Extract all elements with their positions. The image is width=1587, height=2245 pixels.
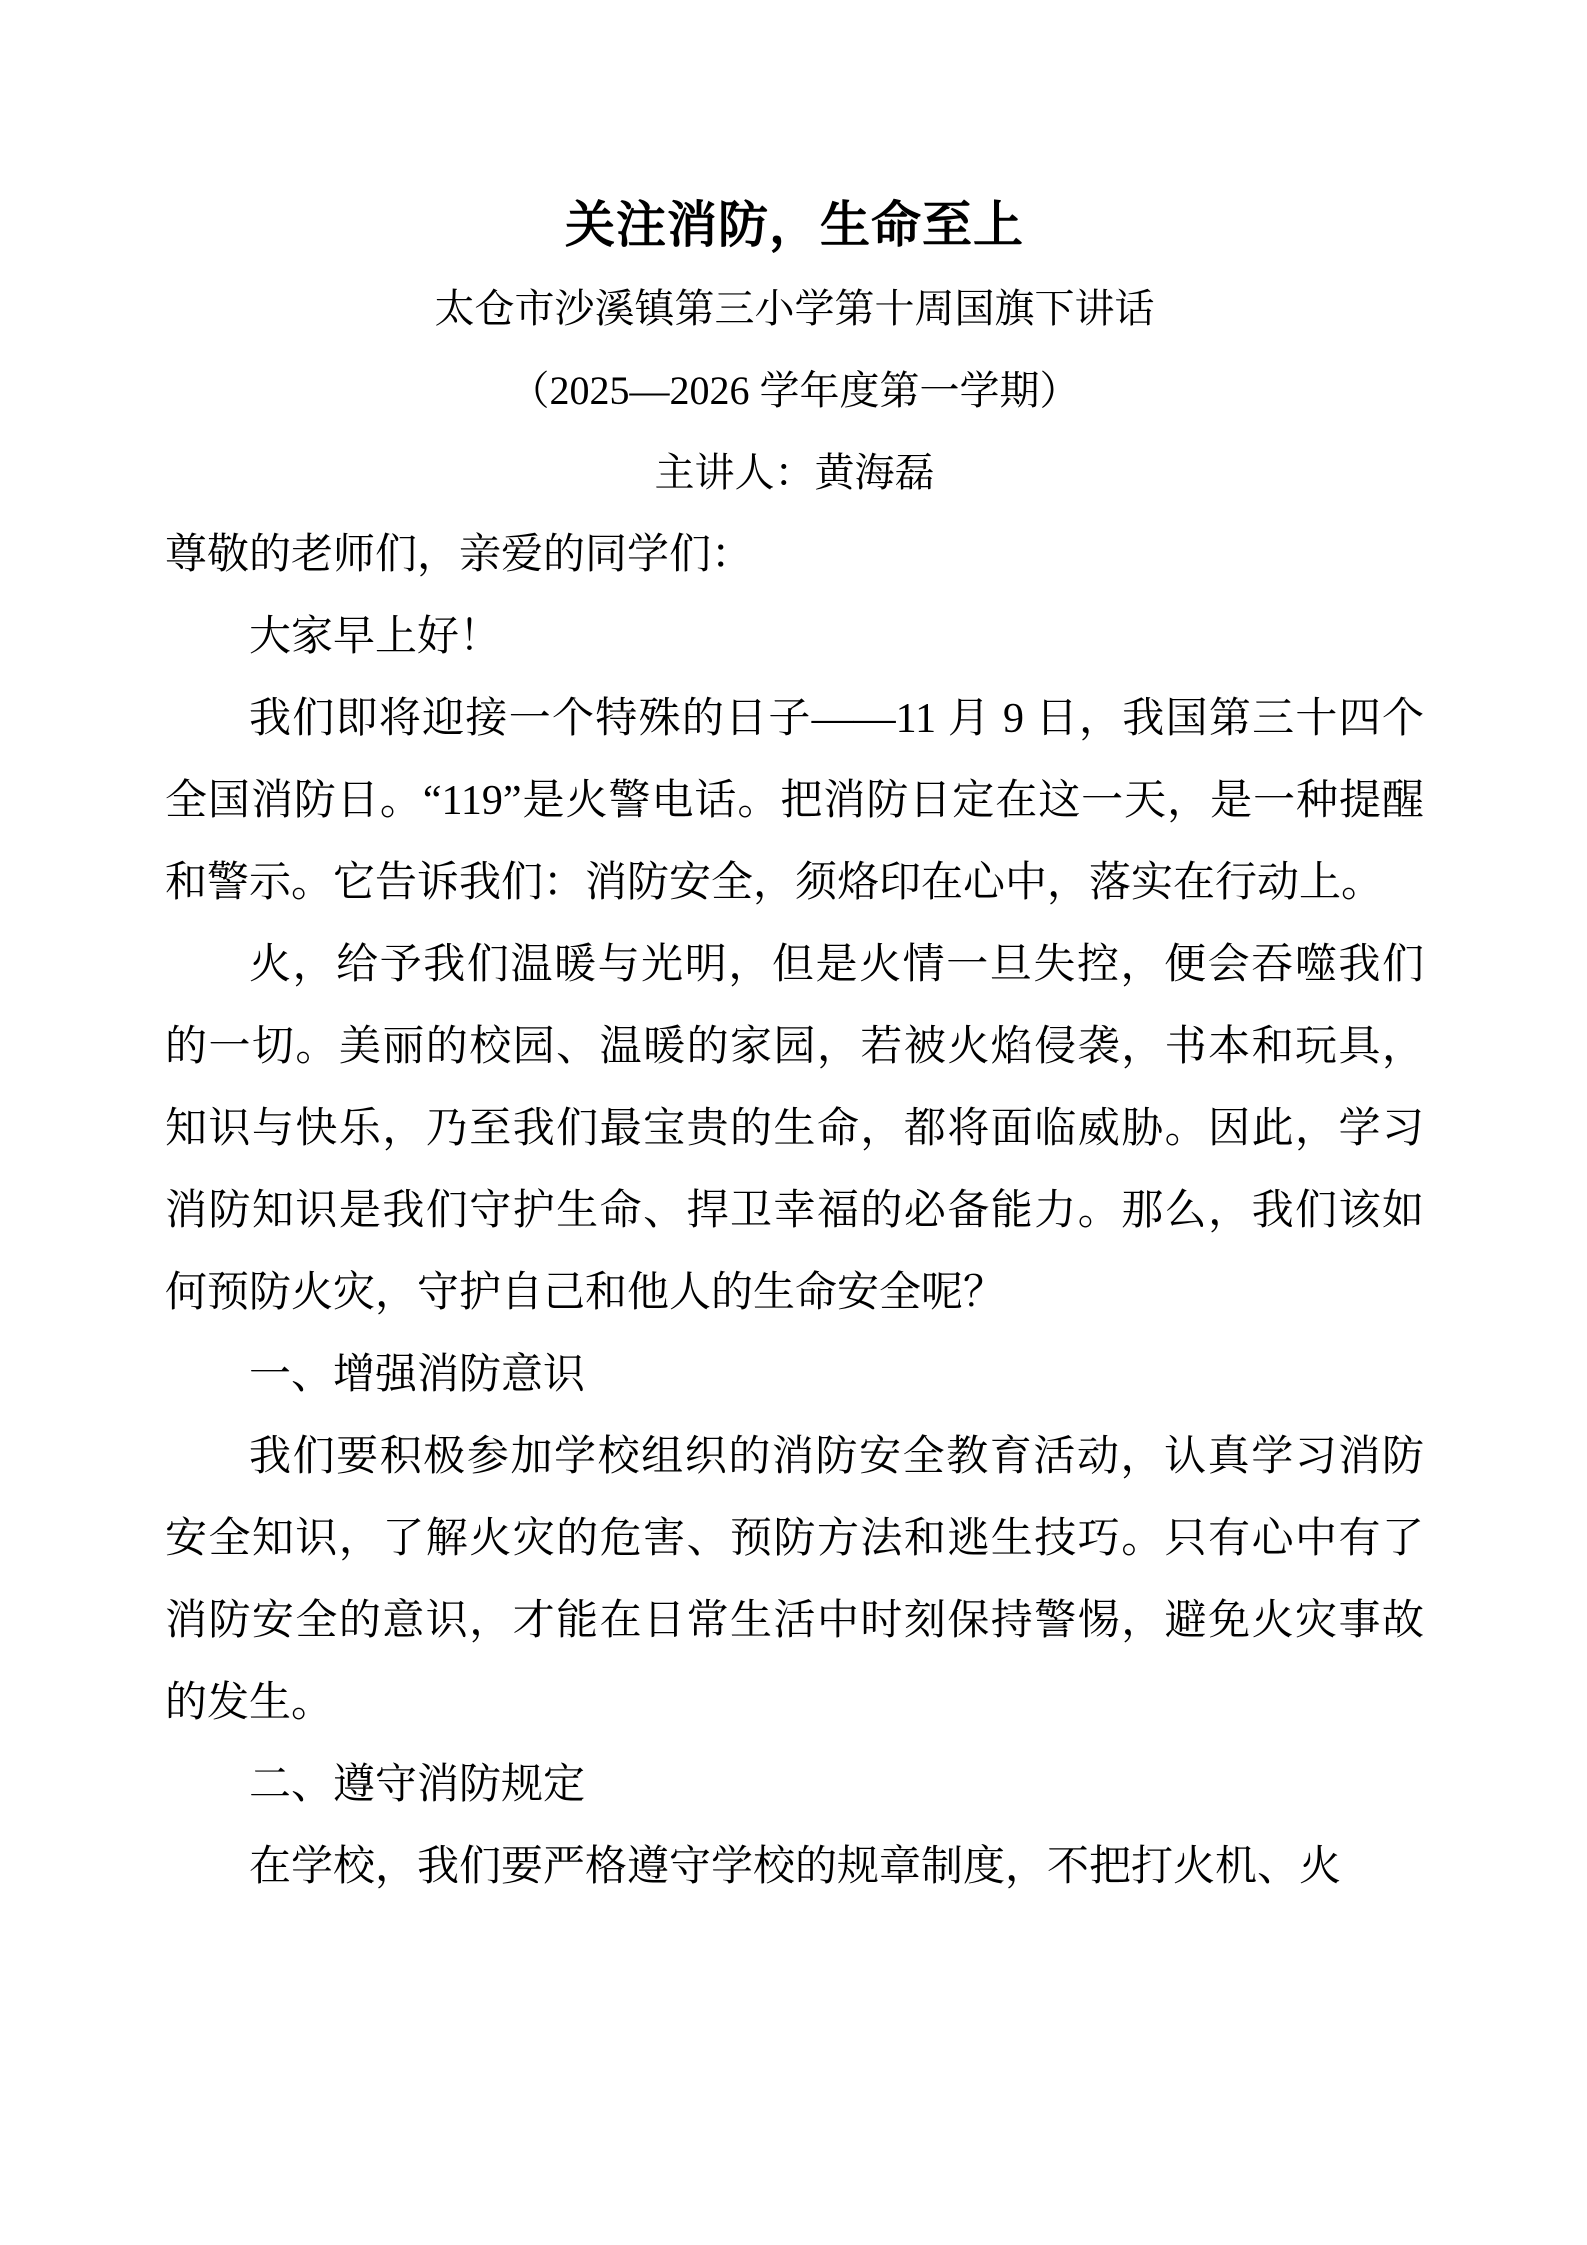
paragraph: 火，给予我们温暖与光明，但是火情一旦失控，便会吞噬我们的一切。美丽的校园、温暖的… — [165, 924, 1424, 1334]
paragraph: 我们要积极参加学校组织的消防安全教育活动，认真学习消防安全知识，了解火灾的危害、… — [165, 1416, 1424, 1744]
speaker-line: 主讲人：黄海磊 — [165, 432, 1424, 514]
document-page: 关注消防，生命至上 太仓市沙溪镇第三小学第十周国旗下讲话 （2025—2026 … — [0, 0, 1587, 2245]
document-subtitle: 太仓市沙溪镇第三小学第十周国旗下讲话 — [165, 268, 1424, 350]
school-term-line: （2025—2026 学年度第一学期） — [165, 350, 1424, 432]
document-title: 关注消防，生命至上 — [165, 192, 1424, 258]
section-heading: 一、增强消防意识 — [165, 1334, 1424, 1416]
section-heading: 二、遵守消防规定 — [165, 1744, 1424, 1826]
document-body: 大家早上好！我们即将迎接一个特殊的日子——11 月 9 日，我国第三十四个全国消… — [165, 596, 1424, 1908]
paragraph: 大家早上好！ — [165, 596, 1424, 678]
paragraph: 在学校，我们要严格遵守学校的规章制度，不把打火机、火 — [165, 1826, 1424, 1908]
paragraph: 我们即将迎接一个特殊的日子——11 月 9 日，我国第三十四个全国消防日。“11… — [165, 678, 1424, 924]
salutation-line: 尊敬的老师们，亲爱的同学们： — [165, 514, 1424, 596]
